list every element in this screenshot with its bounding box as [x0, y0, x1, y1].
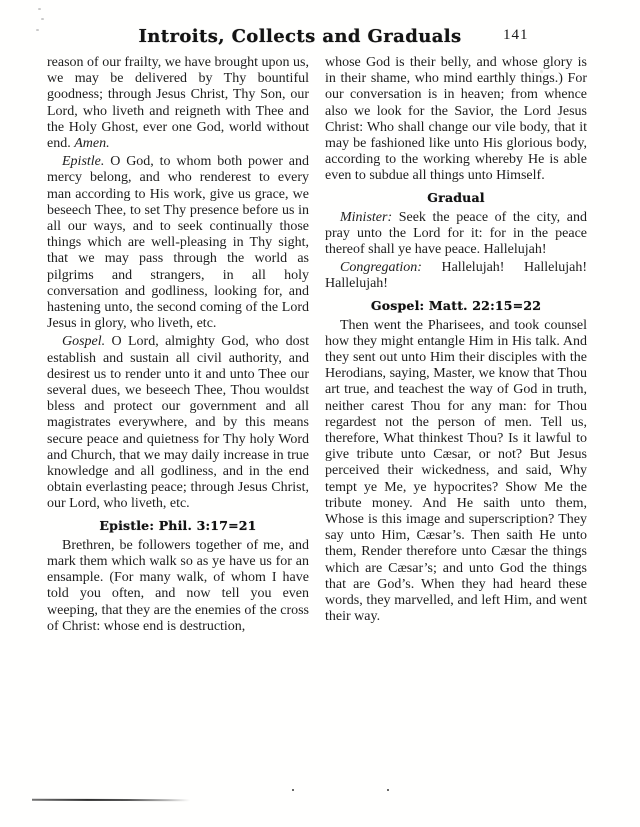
paragraph-text: O Lord, almighty God, who dost establish… — [47, 334, 309, 511]
left-column: reason of our frailty, we have brought u… — [47, 55, 309, 637]
epistle-lead-italic: Epistle. — [62, 154, 104, 169]
scan-smudge — [540, 70, 543, 73]
scan-smudge — [36, 29, 39, 31]
paragraph-epistle-reading-continuation: whose God is their belly, and whose glor… — [325, 55, 587, 185]
scan-smudge — [558, 117, 561, 120]
congregation-lead-italic: Congregation: — [340, 260, 422, 275]
paragraph-congregation: Congregation: Hallelujah! Hallelujah! Ha… — [325, 260, 587, 292]
running-title: Introits, Collects and Graduals — [60, 26, 540, 47]
page-number: 141 — [503, 27, 529, 44]
paragraph-text: Brethren, be followers together of me, a… — [47, 538, 309, 634]
text-block: reason of our frailty, we have brought u… — [47, 55, 587, 637]
gospel-lead-italic: Gospel. — [62, 334, 105, 349]
book-page-scan: Introits, Collects and Graduals 141 reas… — [0, 0, 640, 827]
gradual-heading: Gradual — [325, 191, 587, 205]
scan-smudge — [38, 8, 41, 10]
amen-italic: Amen. — [74, 136, 109, 151]
scan-speck — [387, 789, 389, 791]
paragraph-gospel-collect: Gospel. O Lord, almighty God, who dost e… — [47, 334, 309, 512]
paragraph-gospel-reading: Then went the Pharisees, and took counse… — [325, 318, 587, 626]
scan-speck — [292, 789, 294, 791]
paragraph-text: Then went the Pharisees, and took counse… — [325, 318, 587, 625]
scan-line-artifact — [32, 799, 190, 801]
gospel-reference-heading: Gospel: Matt. 22:15=22 — [325, 299, 587, 313]
paragraph-minister: Minister: Seek the peace of the city, an… — [325, 210, 587, 259]
paragraph-text: O God, to whom both power and mercy belo… — [47, 154, 309, 331]
paragraph-text: whose God is their belly, and whose glor… — [325, 55, 587, 183]
scan-smudge — [41, 18, 44, 20]
page-header: Introits, Collects and Graduals 141 — [0, 26, 640, 52]
epistle-reference-heading: Epistle: Phil. 3:17=21 — [47, 519, 309, 533]
paragraph-epistle-reading: Brethren, be followers together of me, a… — [47, 538, 309, 635]
paragraph-epistle-collect: Epistle. O God, to whom both power and m… — [47, 154, 309, 332]
paragraph-collect-continuation: reason of our frailty, we have brought u… — [47, 55, 309, 152]
minister-lead-italic: Minister: — [340, 210, 392, 225]
right-column: whose God is their belly, and whose glor… — [325, 55, 587, 637]
